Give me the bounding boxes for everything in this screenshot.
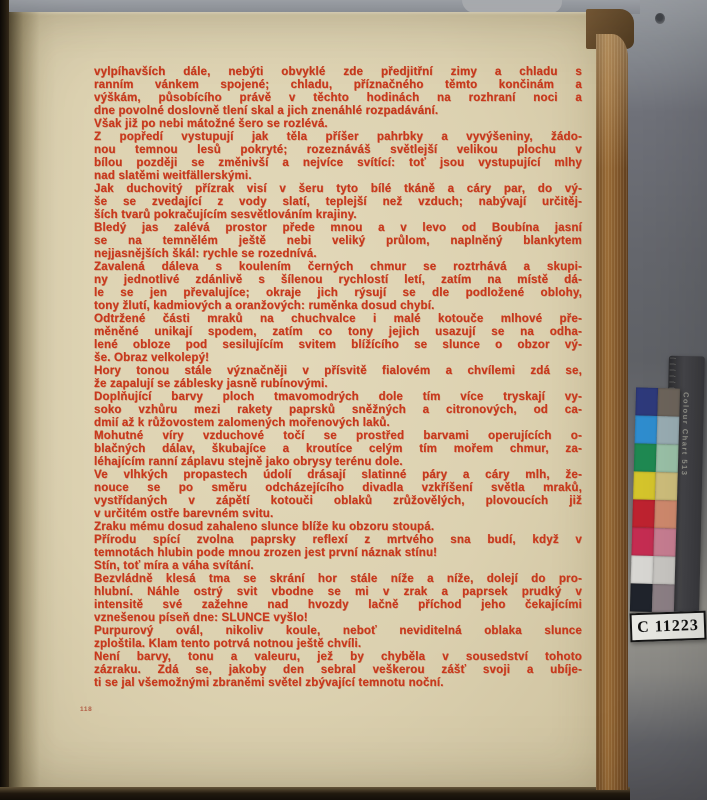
text-line: še. Obraz velkolepý! xyxy=(94,352,582,365)
text-line: zploštila. Klam tento potrvá notnou ješt… xyxy=(94,638,582,651)
page-text: vylpíhavších dále, nebýti obvyklé zde př… xyxy=(94,66,582,690)
color-patch xyxy=(634,443,657,472)
text-line: Přírodu spící zvolna paprsky reflexí z m… xyxy=(94,534,582,547)
color-patch xyxy=(635,415,658,444)
text-line: Doplňující barvy ploch tmavomodrých dole… xyxy=(94,391,582,404)
text-line: bílou později se změnivší a nejvíce svít… xyxy=(94,157,582,170)
text-line: nad slatěmi weitfällerskými. xyxy=(94,170,582,183)
ruler-label: Colour Chart 513 xyxy=(680,392,691,477)
color-chart-row xyxy=(632,499,677,528)
text-line: nou temnou lesů pokryté; rozeznáváš svět… xyxy=(94,144,582,157)
backdrop-pin-hole xyxy=(655,13,665,24)
text-line: v určitém ostře barevném svitu. xyxy=(94,508,582,521)
color-chart-row xyxy=(635,387,680,416)
color-patch xyxy=(656,444,679,473)
catalog-label: C 11223 xyxy=(630,611,707,643)
text-line: Není barvy, tonu a valeuru, jež by chybě… xyxy=(94,651,582,664)
color-chart-row xyxy=(634,443,679,472)
text-line: Hory tonou stále význačněji v přísvitě f… xyxy=(94,365,582,378)
text-line: Mohutné víry vzduchové točí se prostřed … xyxy=(94,430,582,443)
photo-backdrop: vylpíhavších dále, nebýti obvyklé zde př… xyxy=(0,0,707,800)
text-line: blačných dálav, škubajíce a kroutíce cel… xyxy=(94,443,582,456)
text-line: tony žlutí, kadmiových a oranžových: rum… xyxy=(94,300,582,313)
text-line: Bledý jas zalévá prostor přede mnou a v … xyxy=(94,222,582,235)
text-line: dmií až k růžovostem zalomených mořenový… xyxy=(94,417,582,430)
text-line: ranním vánkem spojené; chladu, příznačné… xyxy=(94,79,582,92)
text-line: vylpíhavších dále, nebýti obvyklé zde př… xyxy=(94,66,582,79)
text-line: ších tvarů pokračujícím sesvětlováním kr… xyxy=(94,209,582,222)
text-line: výškám, působícího právě v těchto hodiná… xyxy=(94,92,582,105)
color-chart-row xyxy=(633,471,678,500)
book-page: vylpíhavších dále, nebýti obvyklé zde př… xyxy=(8,12,598,788)
text-line: ti se jal všemožnými zbraněmi světel zbý… xyxy=(94,677,582,690)
text-line: vznešenou píseň dne: SLUNCE vyšlo! xyxy=(94,612,582,625)
text-line: le se jen převalujíce; okraje jich rýsuj… xyxy=(94,287,582,300)
book-cover-left-edge xyxy=(0,0,9,800)
text-line: vystřídaných v zápětí kotouči oblaků zrů… xyxy=(94,495,582,508)
color-patch xyxy=(653,556,676,585)
color-patch xyxy=(657,388,680,417)
text-line: hlubní. Náhle ostrý svit vbodne se mi v … xyxy=(94,586,582,599)
text-line: intensitě své zažehne nad hvozdy lačně p… xyxy=(94,599,582,612)
text-line: se na temnělém ještě nebi veliký průlom,… xyxy=(94,235,582,248)
color-patch xyxy=(655,472,678,501)
catalog-number: C 11223 xyxy=(637,616,699,636)
text-line: Však již po nebi mátožné šero se rozlévá… xyxy=(94,118,582,131)
page-number: 118 xyxy=(80,706,92,713)
book-bottom-edge xyxy=(0,787,630,800)
text-line: soko vzhůru mezi rakety paprsků sněžných… xyxy=(94,404,582,417)
color-chart-row xyxy=(631,527,676,556)
text-line: Jak duchovitý přízrak visí v šeru tyto b… xyxy=(94,183,582,196)
text-line: léhajícím ranní záplavu stejně jako obry… xyxy=(94,456,582,469)
color-patch xyxy=(635,387,658,416)
text-line: Zraku mému dosud zahaleno slunce blíže k… xyxy=(94,521,582,534)
color-calibration-chart xyxy=(630,387,680,612)
text-line: Z popředí vystupují jak těla příšer pahr… xyxy=(94,131,582,144)
color-chart-row xyxy=(630,583,675,612)
text-line: zázraku. Zdá se, jakoby den sebral veške… xyxy=(94,664,582,677)
page-gutter-shadow xyxy=(8,12,56,788)
text-line: lené obloze pod sesilujícím svitem blíží… xyxy=(94,339,582,352)
text-line: Zavalená dáleva s koulením černých chmur… xyxy=(94,261,582,274)
color-patch xyxy=(654,500,677,529)
text-line: měněné unikají spodem, zatím co tony jej… xyxy=(94,326,582,339)
text-line: Bezvládně klesá tma se skrání hor stále … xyxy=(94,573,582,586)
text-line: dne povolné doslovně tlení skal a jich z… xyxy=(94,105,582,118)
text-line: temnotách hlubin pode mnou zrozen jest p… xyxy=(94,547,582,560)
text-line: Stín, toť míra a váha svítání. xyxy=(94,560,582,573)
color-patch xyxy=(632,499,655,528)
text-line: nejjasnějších škál: rychle se rozednívá. xyxy=(94,248,582,261)
color-patch xyxy=(631,527,654,556)
book-fore-edge xyxy=(596,34,628,790)
text-line: nouce se po směru odcházejícího divadla … xyxy=(94,482,582,495)
text-line: Purpurový ovál, nikoliv koule, neboť nev… xyxy=(94,625,582,638)
text-line: Ve vlhkých propastech údolí drásají slat… xyxy=(94,469,582,482)
color-patch xyxy=(631,555,654,584)
color-chart-row xyxy=(635,415,680,444)
text-line: Odtržené části mraků na chuchvalce i mal… xyxy=(94,313,582,326)
color-patch xyxy=(657,416,680,445)
color-patch xyxy=(653,528,676,557)
color-patch xyxy=(630,583,653,612)
color-patch xyxy=(652,584,675,613)
text-line: ny jednotlivé zdánlivě s šílenou rychlos… xyxy=(94,274,582,287)
color-chart-row xyxy=(631,555,676,584)
color-patch xyxy=(633,471,656,500)
text-line: že zapalují se záblesky jasně rubínovými… xyxy=(94,378,582,391)
text-line: še se zvedající z vody slatí, teplejší n… xyxy=(94,196,582,209)
